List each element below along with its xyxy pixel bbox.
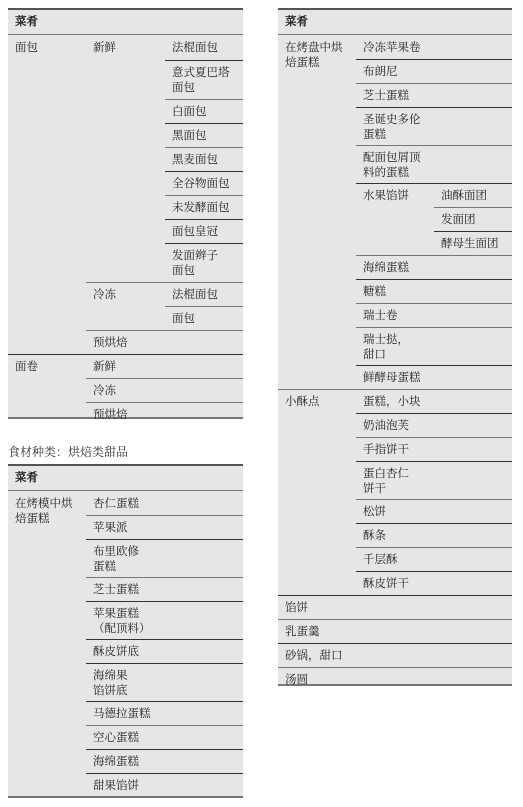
category-cell: 在烤模中烘 焙蛋糕 (8, 492, 73, 526)
subcategory-cell: 新鲜 (86, 355, 116, 374)
category-caption: 食材种类：烘焙类甜品 (8, 443, 128, 460)
item-cell: 黑面包 (165, 124, 207, 143)
item-cell: 糖糕 (356, 280, 386, 299)
item-cell: 黑麦面包 (165, 148, 218, 167)
item-cell: 千层酥 (356, 548, 398, 567)
item-cell: 布里欧修 蛋糕 (86, 540, 139, 574)
item-cell: 杏仁蛋糕 (86, 492, 139, 511)
item-cell: 酥条 (356, 524, 386, 543)
item-cell: 马德拉蛋糕 (86, 702, 151, 721)
item-cell: 空心蛋糕 (86, 726, 139, 745)
category-cell: 乳蛋羹 (278, 620, 320, 639)
category-cell: 面包 (8, 36, 38, 55)
subcategory-cell: 冷冻 (86, 379, 116, 398)
subitem-cell: 发面团 (434, 208, 476, 227)
item-cell: 海绵果 馅饼底 (86, 664, 128, 698)
item-cell: 海绵蛋糕 (356, 256, 409, 275)
item-cell: 瑞士卷 (356, 304, 398, 323)
item-cell: 酥皮饼底 (86, 640, 139, 659)
item-cell: 手指饼干 (356, 438, 409, 457)
bread-table: 菜肴 面包 新鲜 法棍面包 意式夏巴塔 面包 白面包 黑面包 黑麦面包 全谷物面… (8, 8, 243, 419)
item-cell: 瑞士挞， 甜口 (356, 328, 409, 362)
item-cell: 苹果蛋糕 （配顶料） (86, 602, 151, 636)
subitem-cell: 酵母生面团 (434, 232, 499, 251)
item-cell: 配面包屑顶 料的蛋糕 (356, 146, 421, 180)
category-cell: 小酥点 (278, 390, 320, 409)
item-cell: 苹果派 (86, 516, 128, 535)
item-cell: 法棍面包 (165, 283, 218, 302)
category-cell: 砂锅，甜口 (278, 644, 343, 663)
item-cell: 冷冻苹果卷 (356, 36, 421, 55)
item-cell: 白面包 (165, 100, 207, 119)
item-cell: 发面辫子 面包 (165, 244, 218, 278)
subcategory-cell: 预烘焙 (86, 331, 128, 350)
table-header: 菜肴 (278, 10, 308, 29)
category-cell: 汤圆 (278, 668, 308, 687)
item-cell: 未发酵面包 (165, 196, 230, 215)
item-cell: 酥皮饼干 (356, 572, 409, 591)
tray-cakes-table: 菜肴 在烤盘中烘 焙蛋糕 冷冻苹果卷 布朗尼 芝士蛋糕 圣诞史多伦 蛋糕 配面包… (278, 8, 512, 686)
category-cell: 面卷 (8, 355, 38, 374)
item-cell: 意式夏巴塔 面包 (165, 61, 230, 95)
item-cell: 蛋糕，小块 (356, 390, 421, 409)
subcategory-cell: 新鲜 (86, 36, 116, 55)
subitem-cell: 油酥面团 (434, 184, 487, 203)
mold-cakes-table: 菜肴 在烤模中烘 焙蛋糕 杏仁蛋糕 苹果派 布里欧修 蛋糕 芝士蛋糕 苹果蛋糕 … (8, 464, 243, 798)
item-cell: 松饼 (356, 500, 386, 519)
item-cell: 水果馅饼 (356, 184, 409, 203)
item-cell: 圣诞史多伦 蛋糕 (356, 108, 421, 142)
category-cell: 馅饼 (278, 596, 308, 615)
item-cell: 布朗尼 (356, 60, 398, 79)
table-header: 菜肴 (8, 466, 38, 485)
table-header: 菜肴 (8, 10, 38, 29)
subcategory-cell: 预烘焙 (86, 403, 128, 422)
item-cell: 法棍面包 (165, 36, 218, 55)
item-cell: 海绵蛋糕 (86, 750, 139, 769)
item-cell: 奶油泡芙 (356, 414, 409, 433)
item-cell: 甜果馅饼 (86, 774, 139, 793)
item-cell: 蛋白杏仁 饼干 (356, 462, 409, 496)
item-cell: 全谷物面包 (165, 172, 230, 191)
item-cell: 鲜酵母蛋糕 (356, 366, 421, 385)
subcategory-cell: 冷冻 (86, 283, 116, 302)
item-cell: 芝士蛋糕 (356, 84, 409, 103)
item-cell: 芝士蛋糕 (86, 578, 139, 597)
item-cell: 面包皇冠 (165, 220, 218, 239)
category-cell: 在烤盘中烘 焙蛋糕 (278, 36, 343, 70)
item-cell: 面包 (165, 307, 195, 326)
